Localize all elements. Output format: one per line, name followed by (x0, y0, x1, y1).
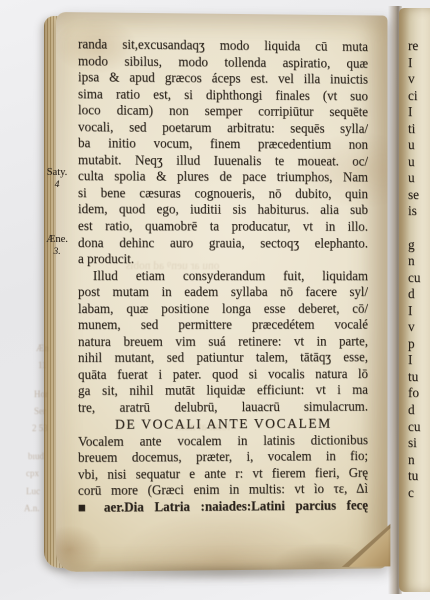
right-page-line-fragment: tu (408, 369, 420, 386)
text-line: ipsa & apud græcos áceps est. vel illa i… (78, 69, 368, 88)
left-page-wrap: randa sit,excusandaqʒ modo liquida cū mu… (56, 12, 387, 572)
ghost-mark: bıud (28, 448, 44, 464)
text-line: ba initio vocum, finem præcedentium non (78, 135, 368, 153)
right-page-line-fragment: d (408, 286, 420, 303)
right-page-line-fragment: c (408, 485, 420, 502)
text-line: loco dicam) non semper corripiūtur sequē… (78, 102, 368, 120)
right-page-line-fragment (408, 220, 420, 237)
text-line: natura breuem vim suá retinere: vt in pa… (78, 333, 368, 350)
right-page-line-fragment: p (408, 336, 420, 353)
margin-note-label: Æne. (40, 233, 74, 246)
right-page-line-fragment: I (408, 303, 420, 320)
text-line: ■ aer.Dia Latria :naiades:Latini parcius… (78, 497, 368, 516)
right-page-line-fragment: I (408, 352, 420, 369)
text-line: mutabit. Neqʒ illud Iuuenalis te moueat.… (78, 152, 368, 170)
margin-note-number: 4 (40, 179, 74, 192)
text-line: munem, sed permittere præcedétem vocalé (78, 317, 368, 334)
text-line: nihil mutant, sed patiuntur talem, tātāq… (78, 350, 368, 367)
text-line: vocali, sed poetarum arbitratu: sequēs s… (78, 119, 368, 137)
ghost-mark: 11 (38, 357, 47, 373)
right-page-line-fragment: g (408, 237, 420, 254)
ghost-mark: cpx (26, 465, 39, 481)
right-page-line-fragment: se (408, 187, 420, 204)
left-page: randa sit,excusandaqʒ modo liquida cū mu… (56, 12, 387, 572)
margin-note-number: 3. (40, 246, 74, 259)
right-page-line-fragment: d (408, 402, 420, 419)
text-line: idem, quod ego, iuditii sis habiturus. a… (78, 202, 368, 219)
ghost-mark: 2 53 (32, 420, 48, 436)
right-page-line-fragment: v (408, 71, 420, 88)
text-line: Illud etiam consyderandum fuit, liquidam (78, 268, 368, 285)
margin-notes: Saty.4Æne.3. (56, 12, 387, 16)
text-line: labam, quæ positione longa esse deberet,… (78, 301, 368, 318)
text-line: tre, aratrū delubrū, lauacrū simulacrum. (78, 399, 368, 417)
text-line: ga sit, nihil mutāt liquidæ efficiunt: v… (78, 382, 368, 400)
right-page-line-fragment: cu (408, 270, 420, 287)
right-page-line-fragment: I (408, 55, 420, 72)
right-page-line-fragment: n (408, 452, 420, 469)
text-line: a producit. (78, 251, 368, 268)
show-through-text: onu ar uenꝰ ad nobis (126, 258, 220, 274)
text-line: dona dehinc auro grauia, sectoqʒ elephan… (78, 235, 368, 252)
right-page-line-fragment: cu (408, 419, 420, 436)
right-page-line-fragment: n (408, 253, 420, 270)
right-page-line-fragment: ci (408, 88, 420, 105)
ghost-mark: Luc (26, 483, 40, 499)
text-line: culta spolia & plures de pace triumphos,… (78, 168, 368, 186)
ghost-mark: A.n. (24, 500, 40, 516)
dog-ear-fold (340, 523, 391, 567)
margin-note-label: Saty. (40, 166, 74, 179)
right-page-line-fragment: si (408, 435, 420, 452)
text-line: est ratio, quamobrē ta producatur, vt in… (78, 218, 368, 235)
margin-note: Æne.3. (40, 233, 74, 259)
text-line: post mutam in eadem syllaba nō facere sy… (78, 284, 368, 301)
right-page-line-fragment: I (408, 104, 420, 121)
text-line: quāta fuerat i pater. quod si vocalis na… (78, 366, 368, 383)
show-through-text: lonil at noni (175, 419, 230, 435)
right-page-line-fragment: u (408, 170, 420, 187)
text-line: si bene cæsuras cognoueris, nō dubito, q… (78, 185, 368, 203)
text-block: randa sit,excusandaqʒ modo liquida cū mu… (78, 36, 368, 516)
text-line: breuem docemus, præter, i, vocalem in fi… (78, 448, 368, 466)
text-line: randa sit,excusandaqʒ modo liquida cū mu… (78, 36, 368, 55)
right-page-line-fragment: re (408, 38, 420, 55)
right-page-text-fragments: reIvciItiuuuseisgncudIvpItufodcusintuc (408, 38, 420, 501)
ghost-mark: Hor (34, 386, 48, 402)
text-line: corū more (Græci enim in multis: vt ìo τ… (78, 481, 368, 500)
ghost-marks: Æn11HorSer2 53bıudcpxLucA.n.onu ar uenꝰ … (56, 12, 387, 16)
right-page-line-fragment: u (408, 137, 420, 154)
right-page-line-fragment: is (408, 203, 420, 220)
right-page-line-fragment: ti (408, 121, 420, 138)
book-photo: randa sit,excusandaqʒ modo liquida cū mu… (0, 0, 430, 600)
right-page-line-fragment: fo (408, 385, 420, 402)
right-page-sliver: reIvciItiuuuseisgncudIvpItufodcusintuc (399, 8, 430, 592)
right-page-line-fragment: u (408, 154, 420, 171)
right-page-line-fragment: tu (408, 468, 420, 485)
book-shadow (46, 566, 402, 590)
right-page-line-fragment: v (408, 319, 420, 336)
ghost-mark: Æn (36, 340, 49, 356)
margin-note: Saty.4 (40, 166, 74, 192)
ghost-mark: Ser (34, 403, 46, 419)
